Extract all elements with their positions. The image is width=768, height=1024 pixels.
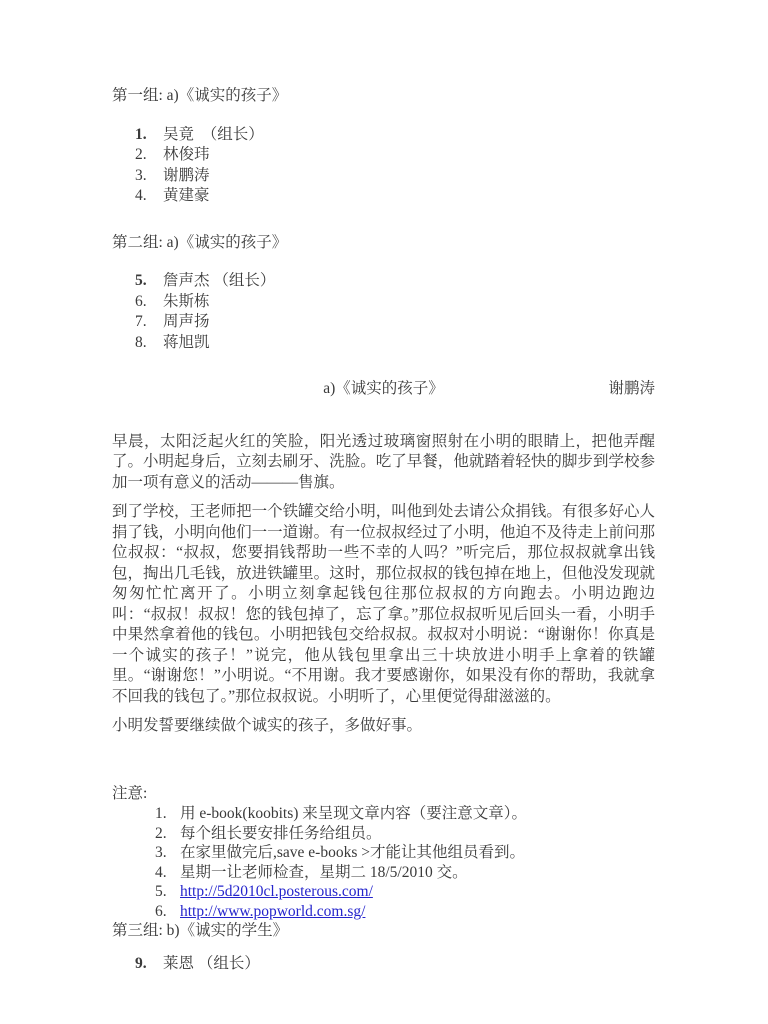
member-name: 吴竟 （组长） xyxy=(163,125,264,146)
member-name: 林俊玮 xyxy=(163,145,210,166)
member-number: 1. xyxy=(135,125,163,146)
member-number: 5. xyxy=(135,271,163,292)
member-number: 4. xyxy=(135,186,163,207)
member-number: 8. xyxy=(135,333,163,354)
essay-paragraph-1: 早晨，太阳泛起火红的笑脸，阳光透过玻璃窗照射在小明的眼睛上，把他弄醒了。小明起身… xyxy=(112,432,655,494)
group-3-section: 第三组: b)《诚实的学生》 9. 莱恩 （组长） xyxy=(112,921,655,974)
member-name: 黄建豪 xyxy=(163,186,210,207)
notes-section: 注意: 1. 用 e-book(koobits) 来呈现文章内容（要注意文章）。… xyxy=(112,784,655,922)
member-row: 6. 朱斯栋 xyxy=(135,292,655,313)
essay-paragraph-2: 到了学校，王老师把一个铁罐交给小明，叫他到处去请公众捐钱。有很多好心人捐了钱，小… xyxy=(112,502,655,707)
note-row: 5. http://5d2010cl.posterous.com/ xyxy=(155,882,655,902)
note-row: 1. 用 e-book(koobits) 来呈现文章内容（要注意文章）。 xyxy=(155,804,655,824)
member-name: 蒋旭凯 xyxy=(163,333,210,354)
note-number: 2. xyxy=(155,824,180,844)
member-row: 8. 蒋旭凯 xyxy=(135,333,655,354)
note-number: 6. xyxy=(155,902,180,922)
note-number: 3. xyxy=(155,843,180,863)
group-1-member-list: 1. 吴竟 （组长） 2. 林俊玮 3. 谢鹏涛 4. 黄建豪 xyxy=(112,125,655,207)
group-2-section: 第二组: a)《诚实的孩子》 5. 詹声杰 （组长） 6. 朱斯栋 7. 周声扬… xyxy=(112,233,655,354)
essay-paragraph-3: 小明发誓要继续做个诚实的孩子，多做好事。 xyxy=(112,716,655,737)
note-row: 3. 在家里做完后,save e-books >才能让其他组员看到。 xyxy=(155,843,655,863)
member-name: 詹声杰 （组长） xyxy=(163,271,275,292)
note-number: 5. xyxy=(155,882,180,902)
group-3-heading: 第三组: b)《诚实的学生》 xyxy=(112,921,655,942)
essay-title-row: a)《诚实的孩子》 谢鹏涛 xyxy=(112,379,655,400)
group-2-member-list: 5. 詹声杰 （组长） 6. 朱斯栋 7. 周声扬 8. 蒋旭凯 xyxy=(112,271,655,353)
document-page: 第一组: a)《诚实的孩子》 1. 吴竟 （组长） 2. 林俊玮 3. 谢鹏涛 … xyxy=(0,0,768,1024)
member-row: 4. 黄建豪 xyxy=(135,186,655,207)
member-name: 莱恩 （组长） xyxy=(163,954,260,975)
essay-section: a)《诚实的孩子》 谢鹏涛 早晨，太阳泛起火红的笑脸，阳光透过玻璃窗照射在小明的… xyxy=(112,379,655,737)
note-text: 每个组长要安排任务给组员。 xyxy=(180,824,382,844)
note-text: 星期一让老师检查，星期二 18/5/2010 交。 xyxy=(180,863,468,883)
notes-list: 1. 用 e-book(koobits) 来呈现文章内容（要注意文章）。 2. … xyxy=(112,804,655,921)
group-1-heading: 第一组: a)《诚实的孩子》 xyxy=(112,86,655,107)
note-text: 用 e-book(koobits) 来呈现文章内容（要注意文章）。 xyxy=(180,804,527,824)
member-row: 7. 周声扬 xyxy=(135,312,655,333)
member-number: 9. xyxy=(135,954,163,975)
notes-label: 注意: xyxy=(112,784,655,805)
note-row: 6. http://www.popworld.com.sg/ xyxy=(155,902,655,922)
popworld-link[interactable]: http://www.popworld.com.sg/ xyxy=(180,902,365,922)
essay-author: 谢鹏涛 xyxy=(608,379,655,400)
note-text: 在家里做完后,save e-books >才能让其他组员看到。 xyxy=(180,843,525,863)
note-row: 4. 星期一让老师检查，星期二 18/5/2010 交。 xyxy=(155,863,655,883)
member-number: 2. xyxy=(135,145,163,166)
essay-title: a)《诚实的孩子》 xyxy=(323,380,444,397)
member-row: 9. 莱恩 （组长） xyxy=(135,954,655,975)
note-number: 1. xyxy=(155,804,180,824)
member-name: 谢鹏涛 xyxy=(163,166,210,187)
member-number: 7. xyxy=(135,312,163,333)
member-row: 1. 吴竟 （组长） xyxy=(135,125,655,146)
member-name: 朱斯栋 xyxy=(163,292,210,313)
member-number: 6. xyxy=(135,292,163,313)
group-1-section: 第一组: a)《诚实的孩子》 1. 吴竟 （组长） 2. 林俊玮 3. 谢鹏涛 … xyxy=(112,86,655,207)
group-3-member-list: 9. 莱恩 （组长） xyxy=(112,954,655,975)
posterous-link[interactable]: http://5d2010cl.posterous.com/ xyxy=(180,882,373,902)
group-2-heading: 第二组: a)《诚实的孩子》 xyxy=(112,233,655,254)
member-row: 2. 林俊玮 xyxy=(135,145,655,166)
member-row: 3. 谢鹏涛 xyxy=(135,166,655,187)
member-row: 5. 詹声杰 （组长） xyxy=(135,271,655,292)
note-row: 2. 每个组长要安排任务给组员。 xyxy=(155,824,655,844)
member-number: 3. xyxy=(135,166,163,187)
note-number: 4. xyxy=(155,863,180,883)
member-name: 周声扬 xyxy=(163,312,210,333)
